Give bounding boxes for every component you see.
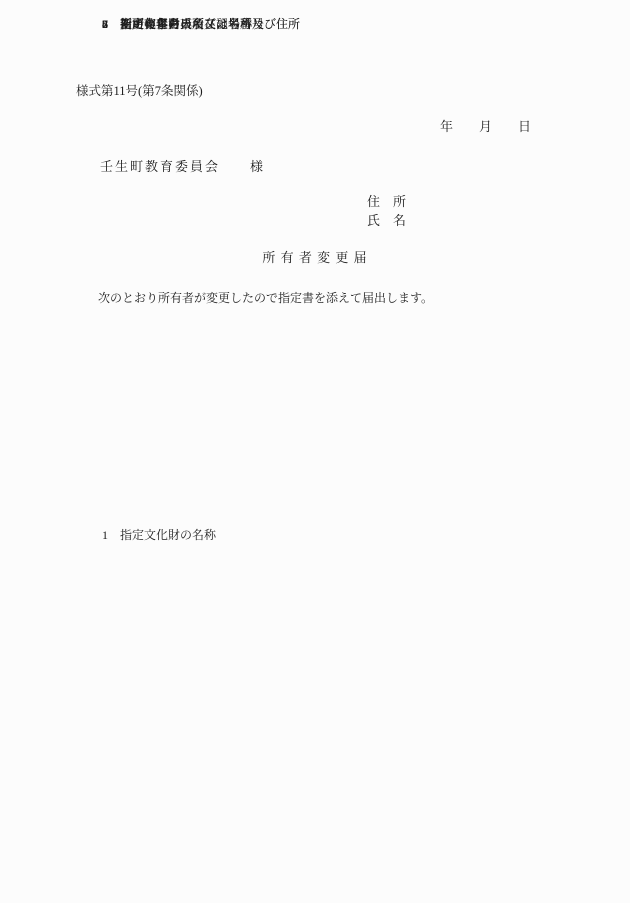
list-item: 1指定文化財の名称 [90,511,216,527]
item-label: 指定文化財の名称 [120,526,216,543]
sender-name-label: 氏 名 [367,210,406,229]
list-item: 8その他参考事項 [90,0,204,16]
form-number: 様式第11号(第7条関係) [76,81,203,99]
document-title: 所 有 者 変 更 届 [0,247,630,266]
recipient-line: 壬生町教育委員会 様 [100,156,265,175]
item-number: 8 [102,17,120,32]
item-label: その他参考事項 [120,15,204,32]
body-paragraph: 次のとおり所有者が変更したので指定書を添えて届出します。 [98,289,433,306]
sender-address-label: 住 所 [367,191,406,210]
item-number: 1 [102,528,120,543]
document-page: 様式第11号(第7条関係) 年 月 日 壬生町教育委員会 様 住 所 氏 名 所… [0,0,630,903]
date-line: 年 月 日 [440,116,531,135]
